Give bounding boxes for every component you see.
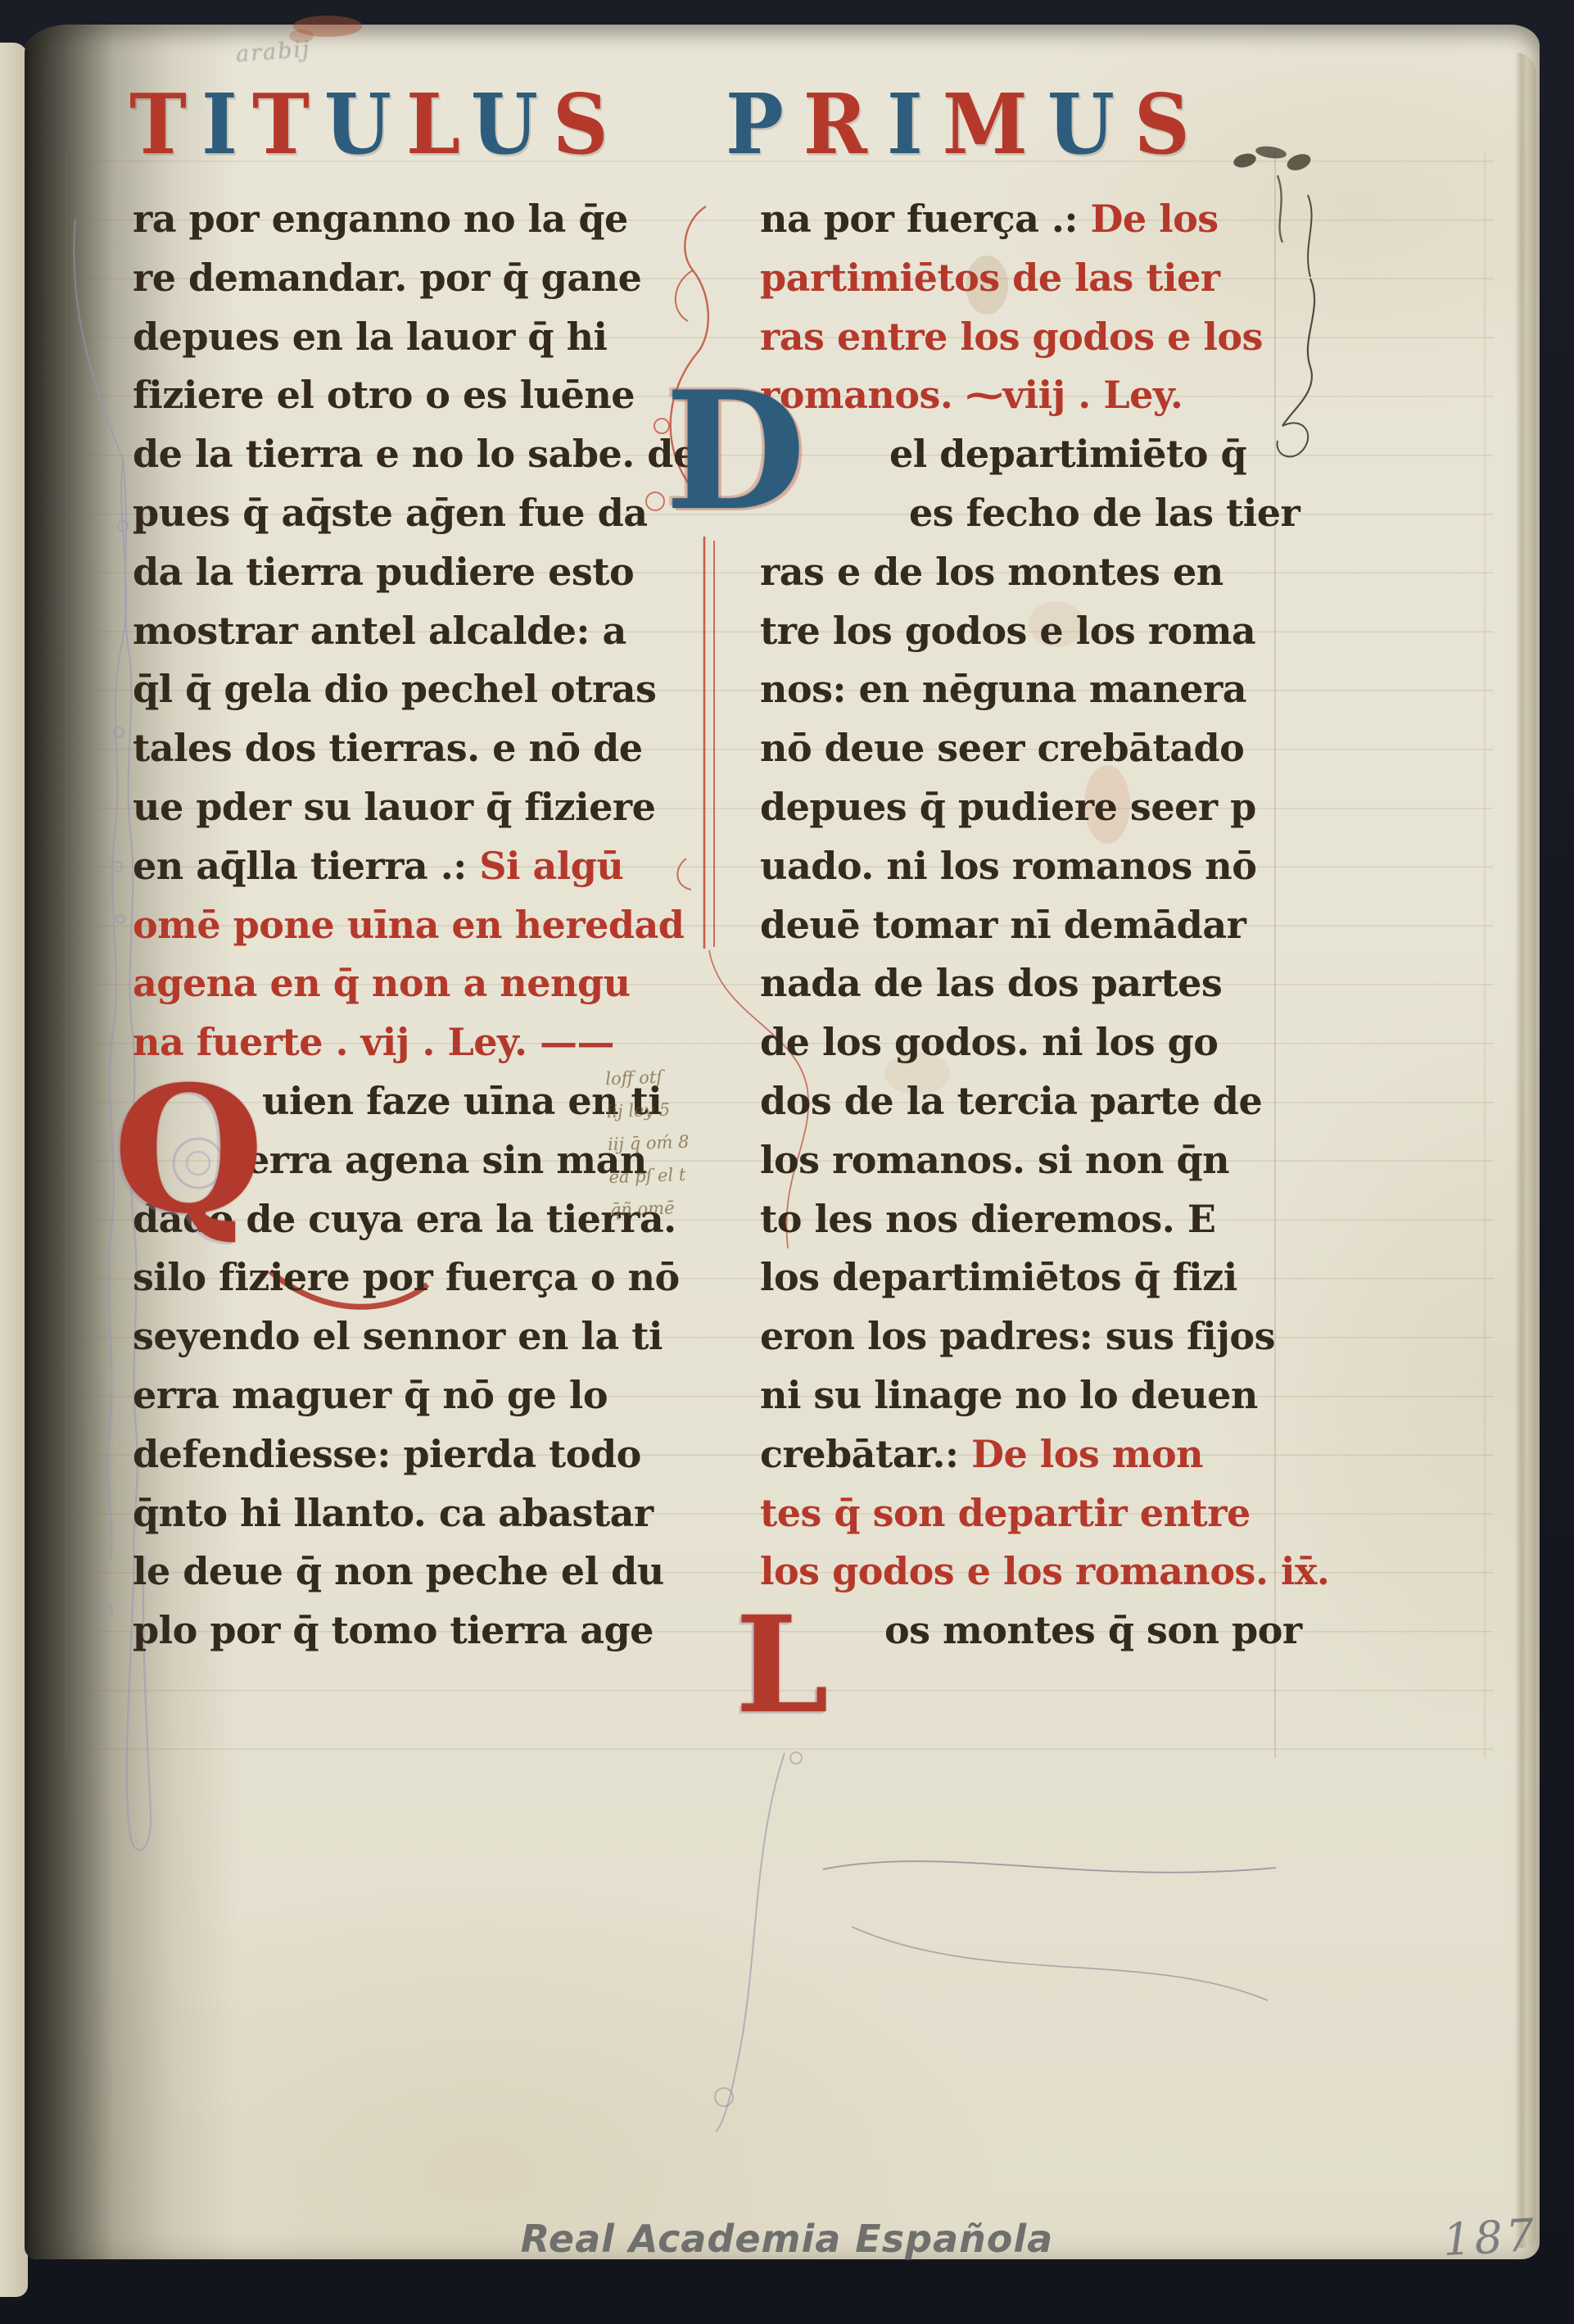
body-text: seyendo el sennor en la ti	[133, 1314, 663, 1358]
text-line: depues q̄ pudiere seer p	[760, 778, 1296, 837]
rubric-text: romanos. ⁓viij . Ley.	[760, 373, 1183, 417]
body-text: da la tierra pudiere esto	[133, 550, 634, 594]
text-line: pues q̄ aq̄ste aḡen fue da	[133, 484, 657, 543]
text-line: mostrar antel alcalde: a	[133, 602, 657, 661]
body-text: defendiesse: pierda todo	[133, 1432, 641, 1476]
text-line: partimiētos de las tier	[760, 249, 1296, 308]
text-line: q̄nto hi llanto. ca abastar	[133, 1484, 657, 1543]
text-line: ras entre los godos e los	[760, 308, 1296, 367]
text-line: los godos e los romanos. ix̄.	[760, 1543, 1296, 1601]
manuscript-scan: { "colors":{ "background":"#171922","par…	[0, 0, 1574, 2324]
body-text: ra por enganno no la q̄e	[133, 197, 628, 241]
body-text: os montes q̄ son por	[884, 1608, 1302, 1652]
body-text: nō deue seer crebātado	[760, 726, 1244, 770]
text-line: en aq̄lla tierra .: Si algū	[133, 837, 657, 896]
body-text: silo fiziere por fuerça o nō	[133, 1255, 680, 1299]
body-text: deuē tomar nī demādar	[760, 903, 1246, 947]
text-line: nos: en nēguna manera	[760, 660, 1296, 719]
text-line: tre los godos e los roma	[760, 602, 1296, 661]
text-line: crebātar.: De los mon	[760, 1425, 1296, 1484]
watermark-text: Real Academia Española	[0, 2217, 1574, 2261]
body-text: uien faze uīna en ti	[262, 1079, 662, 1123]
rubric-text: De los	[1090, 197, 1218, 241]
text-line: erra maguer q̄ nō ge lo	[133, 1366, 657, 1425]
illuminated-initial-l: L	[735, 1599, 829, 1732]
rubric-text: agena en q̄ non a nengu	[133, 961, 631, 1005]
text-line: ra por enganno no la q̄e	[133, 190, 657, 249]
text-line: deuē tomar nī demādar	[760, 896, 1296, 955]
rubric-text: partimiētos de las tier	[760, 256, 1220, 300]
text-line: os montes q̄ son por	[760, 1601, 1296, 1660]
body-text: es fecho de las tier	[909, 491, 1300, 535]
text-line: eron los padres: sus fijos	[760, 1307, 1296, 1366]
body-text: los departimiētos q̄ fizi	[760, 1255, 1237, 1299]
body-text: erra agena sin man	[246, 1138, 647, 1182]
text-line: seyendo el sennor en la ti	[133, 1307, 657, 1366]
text-line: depues en la lauor q̄ hi	[133, 308, 657, 367]
text-line: defendiesse: pierda todo	[133, 1425, 657, 1484]
body-text: ras e de los montes en	[760, 550, 1223, 594]
folio-number: 187	[1441, 2209, 1538, 2266]
marginal-gloss: loff otſiij ley 5iij q̄ oḿ 8ea pſ el tq̄…	[605, 1054, 857, 1226]
body-text: ni su linage no lo deuen	[760, 1373, 1258, 1417]
text-line: uado. ni los romanos nō	[760, 837, 1296, 896]
text-line: q̄l q̄ gela dio pechel otras	[133, 660, 657, 719]
text-line: los departimiētos q̄ fizi	[760, 1248, 1296, 1307]
header-title-titulus: TITULUS	[129, 67, 623, 191]
text-line: fiziere el otro o es luēne	[133, 366, 657, 425]
header-letter: L	[406, 76, 471, 174]
text-line: nō deue seer crebātado	[760, 719, 1296, 778]
header-letter: U	[471, 76, 553, 174]
text-line: es fecho de las tier	[760, 484, 1296, 543]
text-line: le deue q̄ non peche el du	[133, 1543, 657, 1601]
text-line: tes q̄ son departir entre	[760, 1484, 1296, 1543]
text-line: ue pder su lauor q̄ fiziere	[133, 778, 657, 837]
body-text: q̄l q̄ gela dio pechel otras	[133, 667, 656, 711]
body-text: re demandar. por q̄ gane	[133, 256, 641, 300]
header-letter: I	[201, 76, 252, 174]
vertical-ruling-line	[1484, 152, 1486, 1758]
body-text: nos: en nēguna manera	[760, 667, 1246, 711]
header-letter: S	[553, 76, 623, 174]
illuminated-initial-q: Q	[113, 1063, 265, 1237]
text-line: plo por q̄ tomo tierra age	[133, 1601, 657, 1660]
body-text: q̄nto hi llanto. ca abastar	[133, 1491, 654, 1535]
body-text: de la tierra e no lo sabe. de	[133, 432, 697, 476]
body-text: depues q̄ pudiere seer p	[760, 785, 1256, 829]
text-line: romanos. ⁓viij . Ley.	[760, 366, 1296, 425]
header-letter: T	[252, 76, 324, 174]
text-line: agena en q̄ non a nengu	[133, 954, 657, 1013]
body-text: nada de las dos partes	[760, 961, 1222, 1005]
rubric-text: De los mon	[971, 1432, 1203, 1476]
body-text: na por fuerça .:	[760, 197, 1090, 241]
body-text: eron los padres: sus fijos	[760, 1314, 1275, 1358]
rubric-text: Si algū	[479, 844, 623, 888]
opposite-page-edge	[0, 43, 28, 2297]
body-text: depues en la lauor q̄ hi	[133, 315, 608, 359]
body-text: uado. ni los romanos nō	[760, 844, 1256, 888]
body-text: tre los godos e los roma	[760, 609, 1255, 653]
header-letter: R	[803, 76, 887, 174]
body-text: crebātar.:	[760, 1432, 971, 1476]
text-column-left: ra por enganno no la q̄ere demandar. por…	[133, 190, 657, 1660]
text-line: omē pone uīna en heredad	[133, 896, 657, 955]
rubric-text: ras entre los godos e los	[760, 315, 1263, 359]
body-text: pues q̄ aq̄ste aḡen fue da	[133, 491, 648, 535]
text-line: el departimiēto q̄	[760, 425, 1296, 484]
text-line: re demandar. por q̄ gane	[133, 249, 657, 308]
header-letter: P	[726, 76, 803, 174]
header-letter: U	[324, 76, 406, 174]
vertical-ruling-line	[66, 152, 67, 1758]
body-text: fiziere el otro o es luēne	[133, 373, 635, 417]
header-letter: T	[129, 76, 201, 174]
text-line: na por fuerça .: De los	[760, 190, 1296, 249]
header-letter: I	[887, 76, 943, 174]
header-letter: M	[943, 76, 1047, 174]
header-letter: S	[1134, 76, 1210, 174]
header-title-primus: PRIMUS	[726, 67, 1210, 191]
body-text: ue pder su lauor q̄ fiziere	[133, 785, 655, 829]
text-line: ras e de los montes en	[760, 543, 1296, 602]
text-line: de la tierra e no lo sabe. de	[133, 425, 657, 484]
body-text: el departimiēto q̄	[889, 432, 1246, 476]
pencil-annotation: arabij	[235, 37, 311, 67]
body-text: erra maguer q̄ nō ge lo	[133, 1373, 608, 1417]
text-line: tales dos tierras. e nō de	[133, 719, 657, 778]
body-text: mostrar antel alcalde: a	[133, 609, 626, 653]
body-text: en aq̄lla tierra .:	[133, 844, 479, 888]
body-text: tales dos tierras. e nō de	[133, 726, 643, 770]
illuminated-initial-d: D	[665, 370, 806, 532]
text-line: da la tierra pudiere esto	[133, 543, 657, 602]
header-letter: U	[1047, 76, 1134, 174]
rubric-text: los godos e los romanos. ix̄.	[760, 1549, 1329, 1593]
stacked-page-edges	[1515, 52, 1536, 2248]
body-text: plo por q̄ tomo tierra age	[133, 1608, 654, 1652]
text-line: ni su linage no lo deuen	[760, 1366, 1296, 1425]
rubric-text: tes q̄ son departir entre	[760, 1491, 1251, 1535]
body-text: le deue q̄ non peche el du	[133, 1549, 664, 1593]
text-line: silo fiziere por fuerça o nō	[133, 1248, 657, 1307]
text-column-right: na por fuerça .: De lospartimiētos de la…	[760, 190, 1296, 1660]
text-line: nada de las dos partes	[760, 954, 1296, 1013]
rubric-text: omē pone uīna en heredad	[133, 903, 684, 947]
